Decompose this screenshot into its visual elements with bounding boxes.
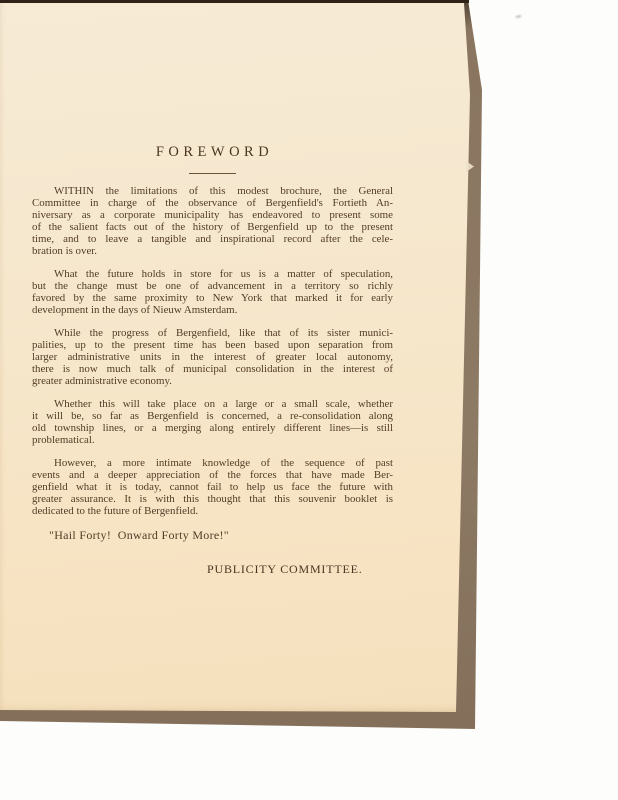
text-line: time, and to leave a tangible and inspir… bbox=[32, 233, 393, 245]
paragraph-2: What the future holds in store for us is… bbox=[32, 268, 393, 316]
text-line: problematical. bbox=[32, 434, 393, 446]
page-text-block: FOREWORD WITHIN the limitations of this … bbox=[32, 144, 393, 576]
text-line: there is now much talk of municipal cons… bbox=[32, 363, 393, 375]
text-line: greater administrative economy. bbox=[32, 375, 393, 387]
text-line: WITHIN the limitations of this modest br… bbox=[32, 185, 393, 197]
paragraph-1: WITHIN the limitations of this modest br… bbox=[32, 185, 393, 257]
text-line: larger administrative units in the inter… bbox=[32, 351, 393, 363]
paragraph-4: Whether this will take place on a large … bbox=[32, 398, 393, 446]
text-line: What the future holds in store for us is… bbox=[32, 268, 393, 280]
signature: PUBLICITY COMMITTEE. bbox=[207, 562, 393, 576]
text-line: Committee in charge of the observance of… bbox=[32, 197, 393, 209]
text-line: niversary as a corporate municipality ha… bbox=[32, 209, 393, 221]
text-line: favored by the same proximity to New Yor… bbox=[32, 292, 393, 304]
text-line: development in the days of Nieuw Amsterd… bbox=[32, 304, 393, 316]
text-line: but the change must be one of advancemen… bbox=[32, 280, 393, 292]
text-line: While the progress of Bergenfield, like … bbox=[32, 327, 393, 339]
text-line: it will be, so far as Bergenfield is con… bbox=[32, 410, 393, 422]
scan-speck bbox=[514, 13, 524, 20]
paragraph-3: While the progress of Bergenfield, like … bbox=[32, 327, 393, 387]
scanned-page-background: FOREWORD WITHIN the limitations of this … bbox=[0, 0, 618, 800]
text-line: events and a deeper appreciation of the … bbox=[32, 469, 393, 481]
heading-rule bbox=[189, 173, 236, 174]
paragraph-5: However, a more intimate knowledge of th… bbox=[32, 457, 393, 517]
text-line: dedicated to the future of Bergenfield. bbox=[32, 505, 393, 517]
text-line: However, a more intimate knowledge of th… bbox=[32, 457, 393, 469]
text-line: genfield what it is today, cannot fail t… bbox=[32, 481, 393, 493]
page-title: FOREWORD bbox=[32, 144, 393, 161]
text-line: of the salient facts out of the history … bbox=[32, 221, 393, 233]
text-line: palities, up to the present time has bee… bbox=[32, 339, 393, 351]
page-top-edge-shadow bbox=[0, 0, 469, 3]
text-line: bration is over. bbox=[32, 245, 393, 257]
text-line: greater assurance. It is with this thoug… bbox=[32, 493, 393, 505]
text-line: Whether this will take place on a large … bbox=[32, 398, 393, 410]
text-line: old township lines, or a merging along e… bbox=[32, 422, 393, 434]
tagline: "Hail Forty! Onward Forty More!" bbox=[32, 528, 393, 542]
